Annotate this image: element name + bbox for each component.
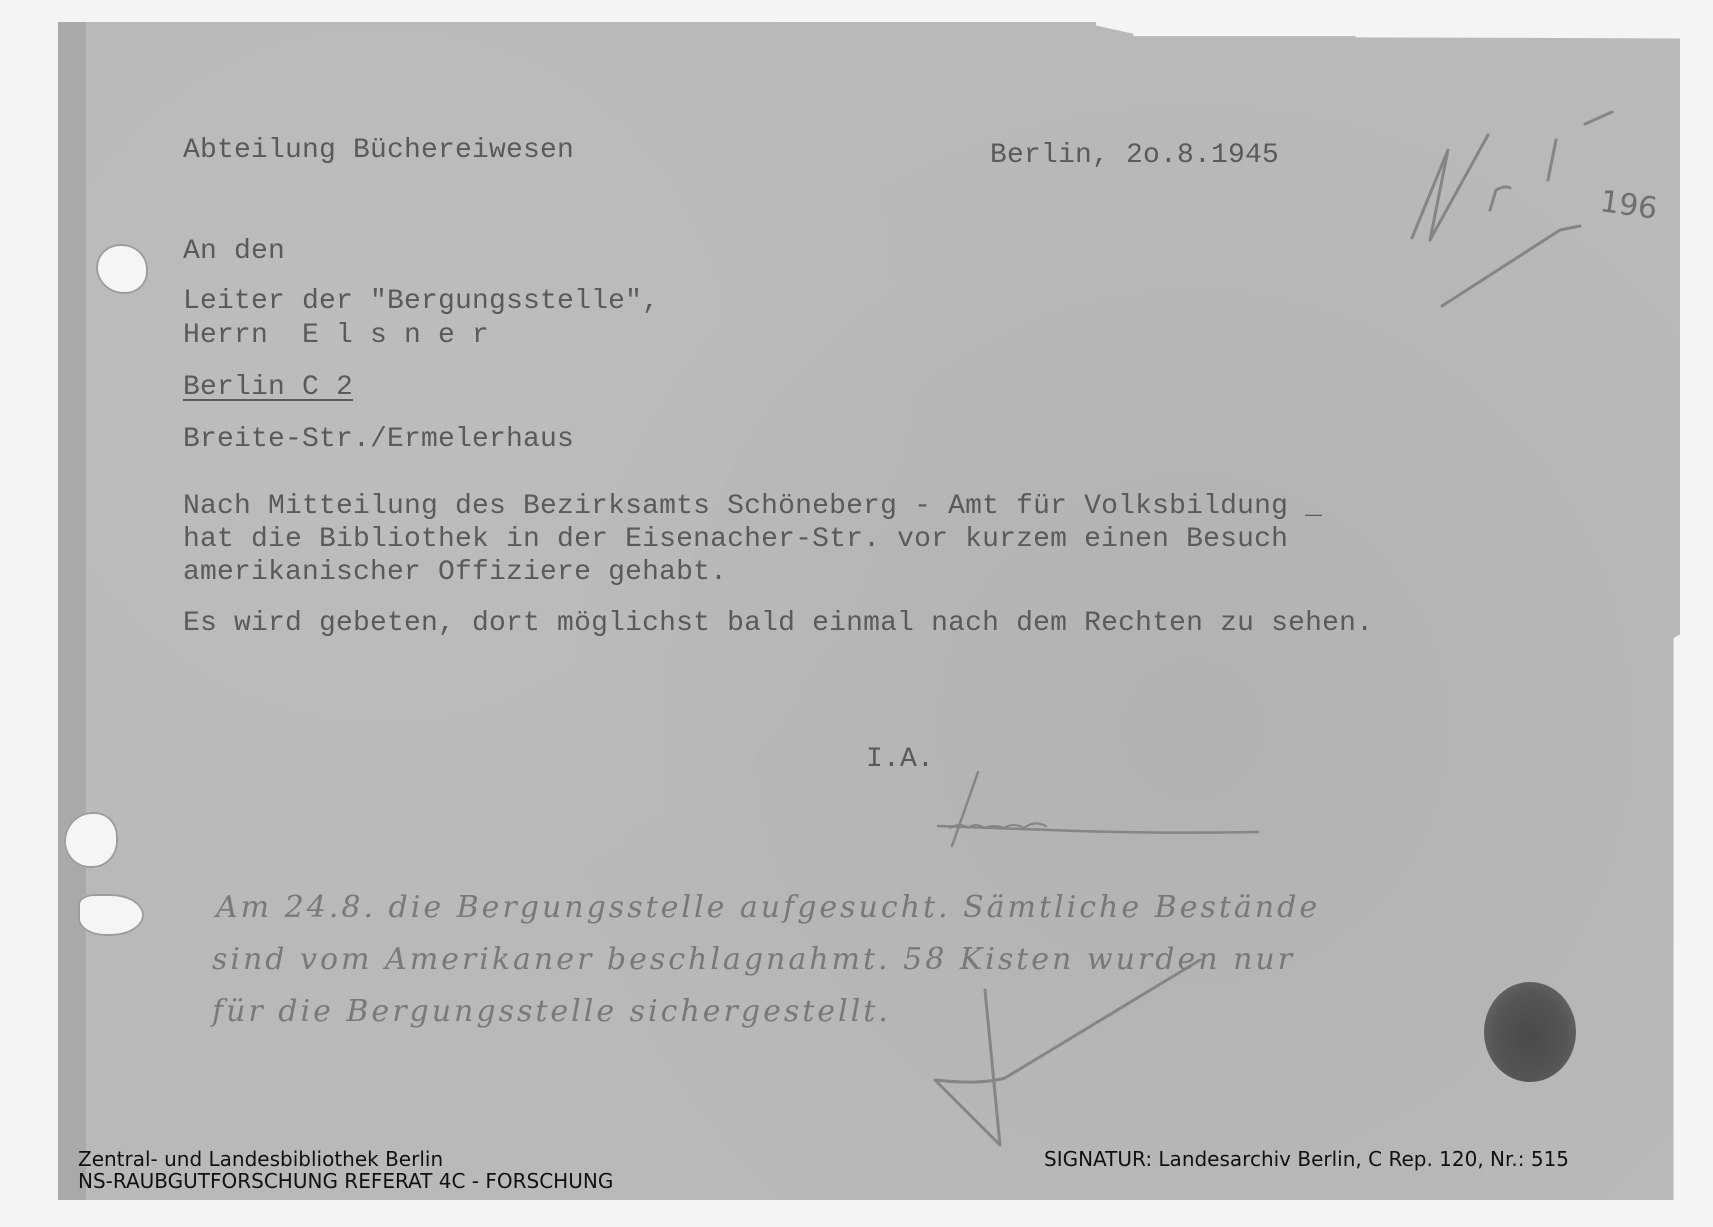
footer-institution: Zentral- und Landesbibliothek Berlin — [78, 1148, 443, 1170]
pencil-marks — [0, 0, 1713, 1227]
footer-department: NS-RAUBGUTFORSCHUNG REFERAT 4C - FORSCHU… — [78, 1170, 613, 1192]
ink-stain — [1484, 982, 1576, 1082]
footer-signature: SIGNATUR: Landesarchiv Berlin, C Rep. 12… — [1044, 1148, 1569, 1170]
